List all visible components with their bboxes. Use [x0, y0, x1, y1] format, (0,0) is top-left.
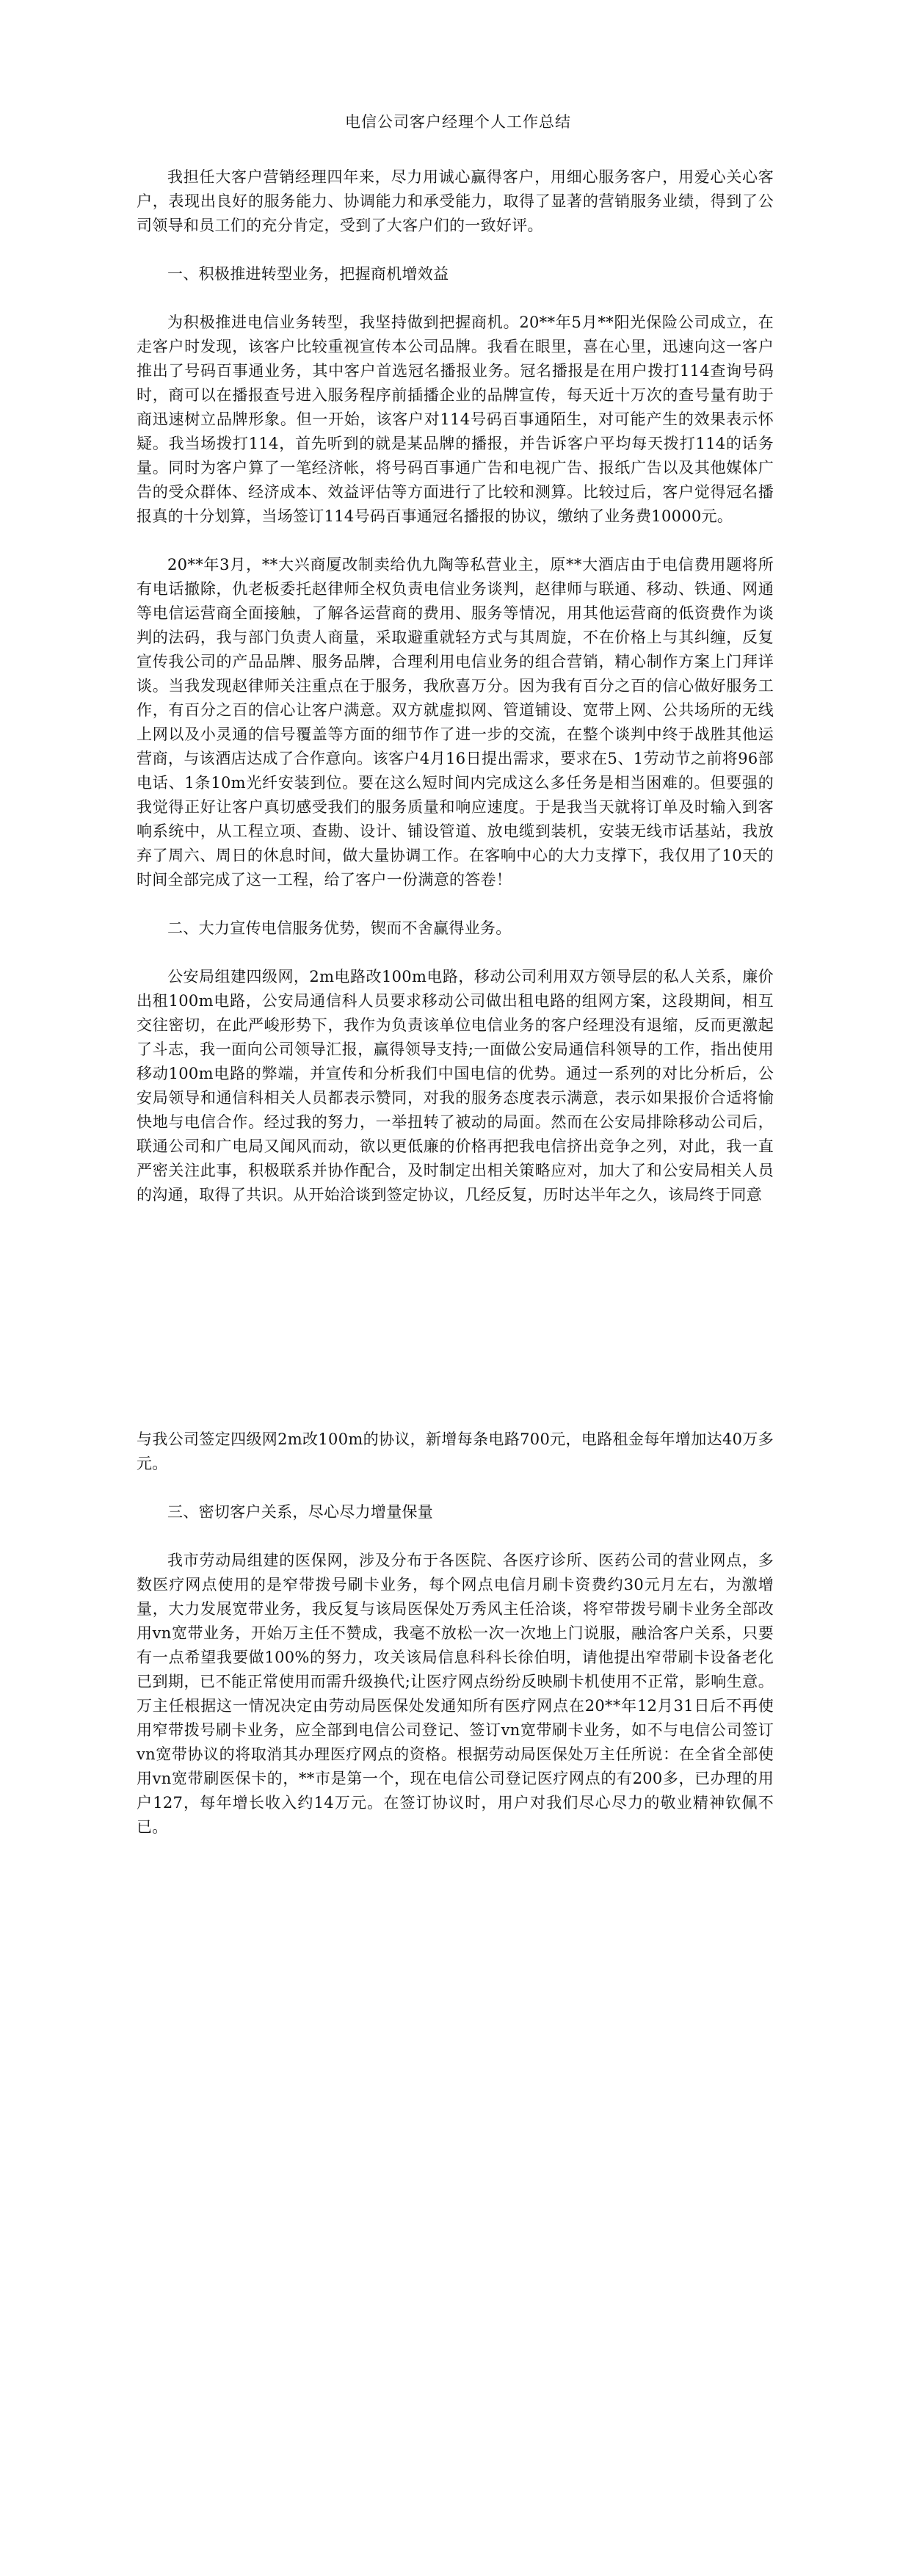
- section-2-paragraph-1: 公安局组建四级网，2m电路改100m电路，移动公司利用双方领导层的私人关系，廉价…: [137, 965, 774, 1207]
- section-3-heading: 三、密切客户关系，尽心尽力增量保量: [137, 1500, 774, 1524]
- section-3-paragraph-1: 我市劳动局组建的医保网，涉及分布于各医院、各医疗诊所、医药公司的营业网点，多数医…: [137, 1549, 774, 1839]
- document-page: 电信公司客户经理个人工作总结 我担任大客户营销经理四年来，尽力用诚心赢得客户，用…: [137, 110, 774, 1864]
- intro-paragraph: 我担任大客户营销经理四年来，尽力用诚心赢得客户，用细心服务客户，用爱心关心客户，…: [137, 165, 774, 238]
- section-2-heading: 二、大力宣传电信服务优势，锲而不舍赢得业务。: [137, 916, 774, 941]
- document-title: 电信公司客户经理个人工作总结: [137, 110, 774, 134]
- section-2-paragraph-1-continued: 与我公司签定四级网2m改100m的协议，新增每条电路700元，电路租金每年增加达…: [137, 1428, 774, 1476]
- section-1-paragraph-2: 20**年3月，**大兴商厦改制卖给仇九陶等私营业主，原**大酒店由于电信费用题…: [137, 553, 774, 892]
- section-1-paragraph-1: 为积极推进电信业务转型，我坚持做到把握商机。20**年5月**阳光保险公司成立，…: [137, 311, 774, 529]
- page-break-gap: [137, 1207, 774, 1428]
- section-1-heading: 一、积极推进转型业务，把握商机增效益: [137, 262, 774, 286]
